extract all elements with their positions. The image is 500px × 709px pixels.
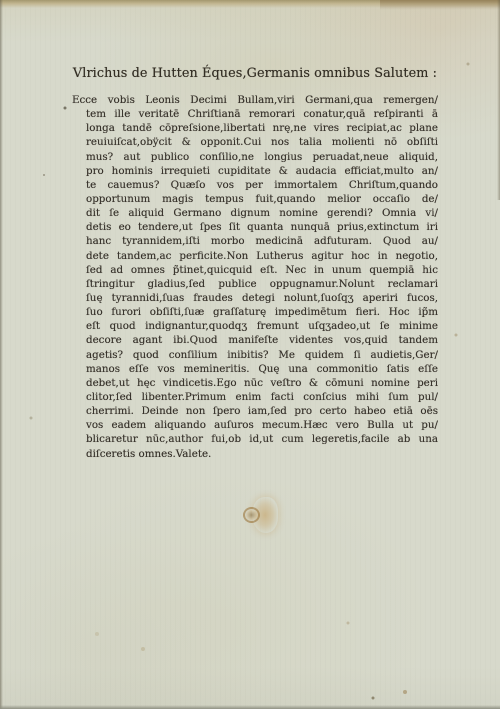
paper-top-right-edge bbox=[380, 0, 500, 10]
text-line: longa tandē cōpreſsione,libertati nrę,ne… bbox=[86, 121, 438, 135]
text-line: decore agant ibi.Quod manifeſte videntes… bbox=[86, 333, 438, 347]
text-line: tem ille veritatē Chriſtianā remorari co… bbox=[86, 107, 438, 121]
text-line: cherrimi. Deinde non ſpero iam,ſed pro c… bbox=[86, 404, 438, 418]
text-line: pro hominis irrequieti cupiditate & auda… bbox=[86, 164, 438, 178]
text-line: manos eſſe vos memineritis. Quę una comm… bbox=[86, 362, 438, 376]
text-line: ſed ad omnes p̃tinet,quicquid eſt. Nec i… bbox=[86, 263, 438, 277]
foxing-stain-ring bbox=[243, 507, 260, 523]
text-line: vos eadem aliquando auſuros mecum.Hæc ve… bbox=[86, 418, 438, 432]
text-line: debet,ut hęc vindicetis.Ego nūc veſtro &… bbox=[86, 376, 438, 390]
text-line: agetis? quod conſilium inibitis? Me quid… bbox=[86, 348, 438, 362]
text-line: ſtringitur gladius,ſed publice oppugnamu… bbox=[86, 277, 438, 291]
text-line: Ecce vobis Leonis Decimi Bullam,viri Ger… bbox=[72, 93, 438, 107]
text-line: eſt quod indignantur,quodqʒ fremunt uſqʒ… bbox=[86, 319, 438, 333]
text-line: dit ſe aliquid Germano dignum nomine ger… bbox=[86, 206, 438, 220]
scanned-page: Vlrichus de Hutten Éques,Germanis omnibu… bbox=[0, 0, 500, 709]
page-title: Vlrichus de Hutten Éques,Germanis omnibu… bbox=[72, 66, 438, 81]
paper-left-edge bbox=[0, 0, 3, 709]
foxing-specks bbox=[0, 0, 2, 2]
text-line: te cauemus? Quæſo vos per immortalem Chr… bbox=[86, 178, 438, 192]
body-text: Ecce vobis Leonis Decimi Bullam,viri Ger… bbox=[72, 93, 438, 461]
text-line: detis eo tendere,ut ſpes ſit quanta nunq… bbox=[86, 220, 438, 234]
text-line: reuiuiſcat,obÿcit & opponit.Cui nos tali… bbox=[86, 135, 438, 149]
text-line: mus? aut publico conſilio,ne longius per… bbox=[86, 150, 438, 164]
text-line: hanc tyrannidem,iſti morbo medicinā adfu… bbox=[86, 234, 438, 248]
text-line: ſuę tyrannidi,ſuas fraudes detegi nolunt… bbox=[86, 291, 438, 305]
paper-bottom-edge bbox=[0, 705, 500, 709]
text-line: opportunum magis tempus fuit,quando meli… bbox=[86, 192, 438, 206]
text-line: clitor,ſed libenter.Primum enim facti co… bbox=[86, 390, 438, 404]
text-line: diſceretis omnes.Valete. bbox=[86, 447, 438, 461]
text-line: dete tandem,ac perficite.Non Lutherus ag… bbox=[86, 249, 438, 263]
text-line: ſuo furori obſiſti,ſuæ graſſaturę impedi… bbox=[86, 305, 438, 319]
text-line: blicaretur nūc,author fui,ob id,ut cum l… bbox=[86, 432, 438, 446]
